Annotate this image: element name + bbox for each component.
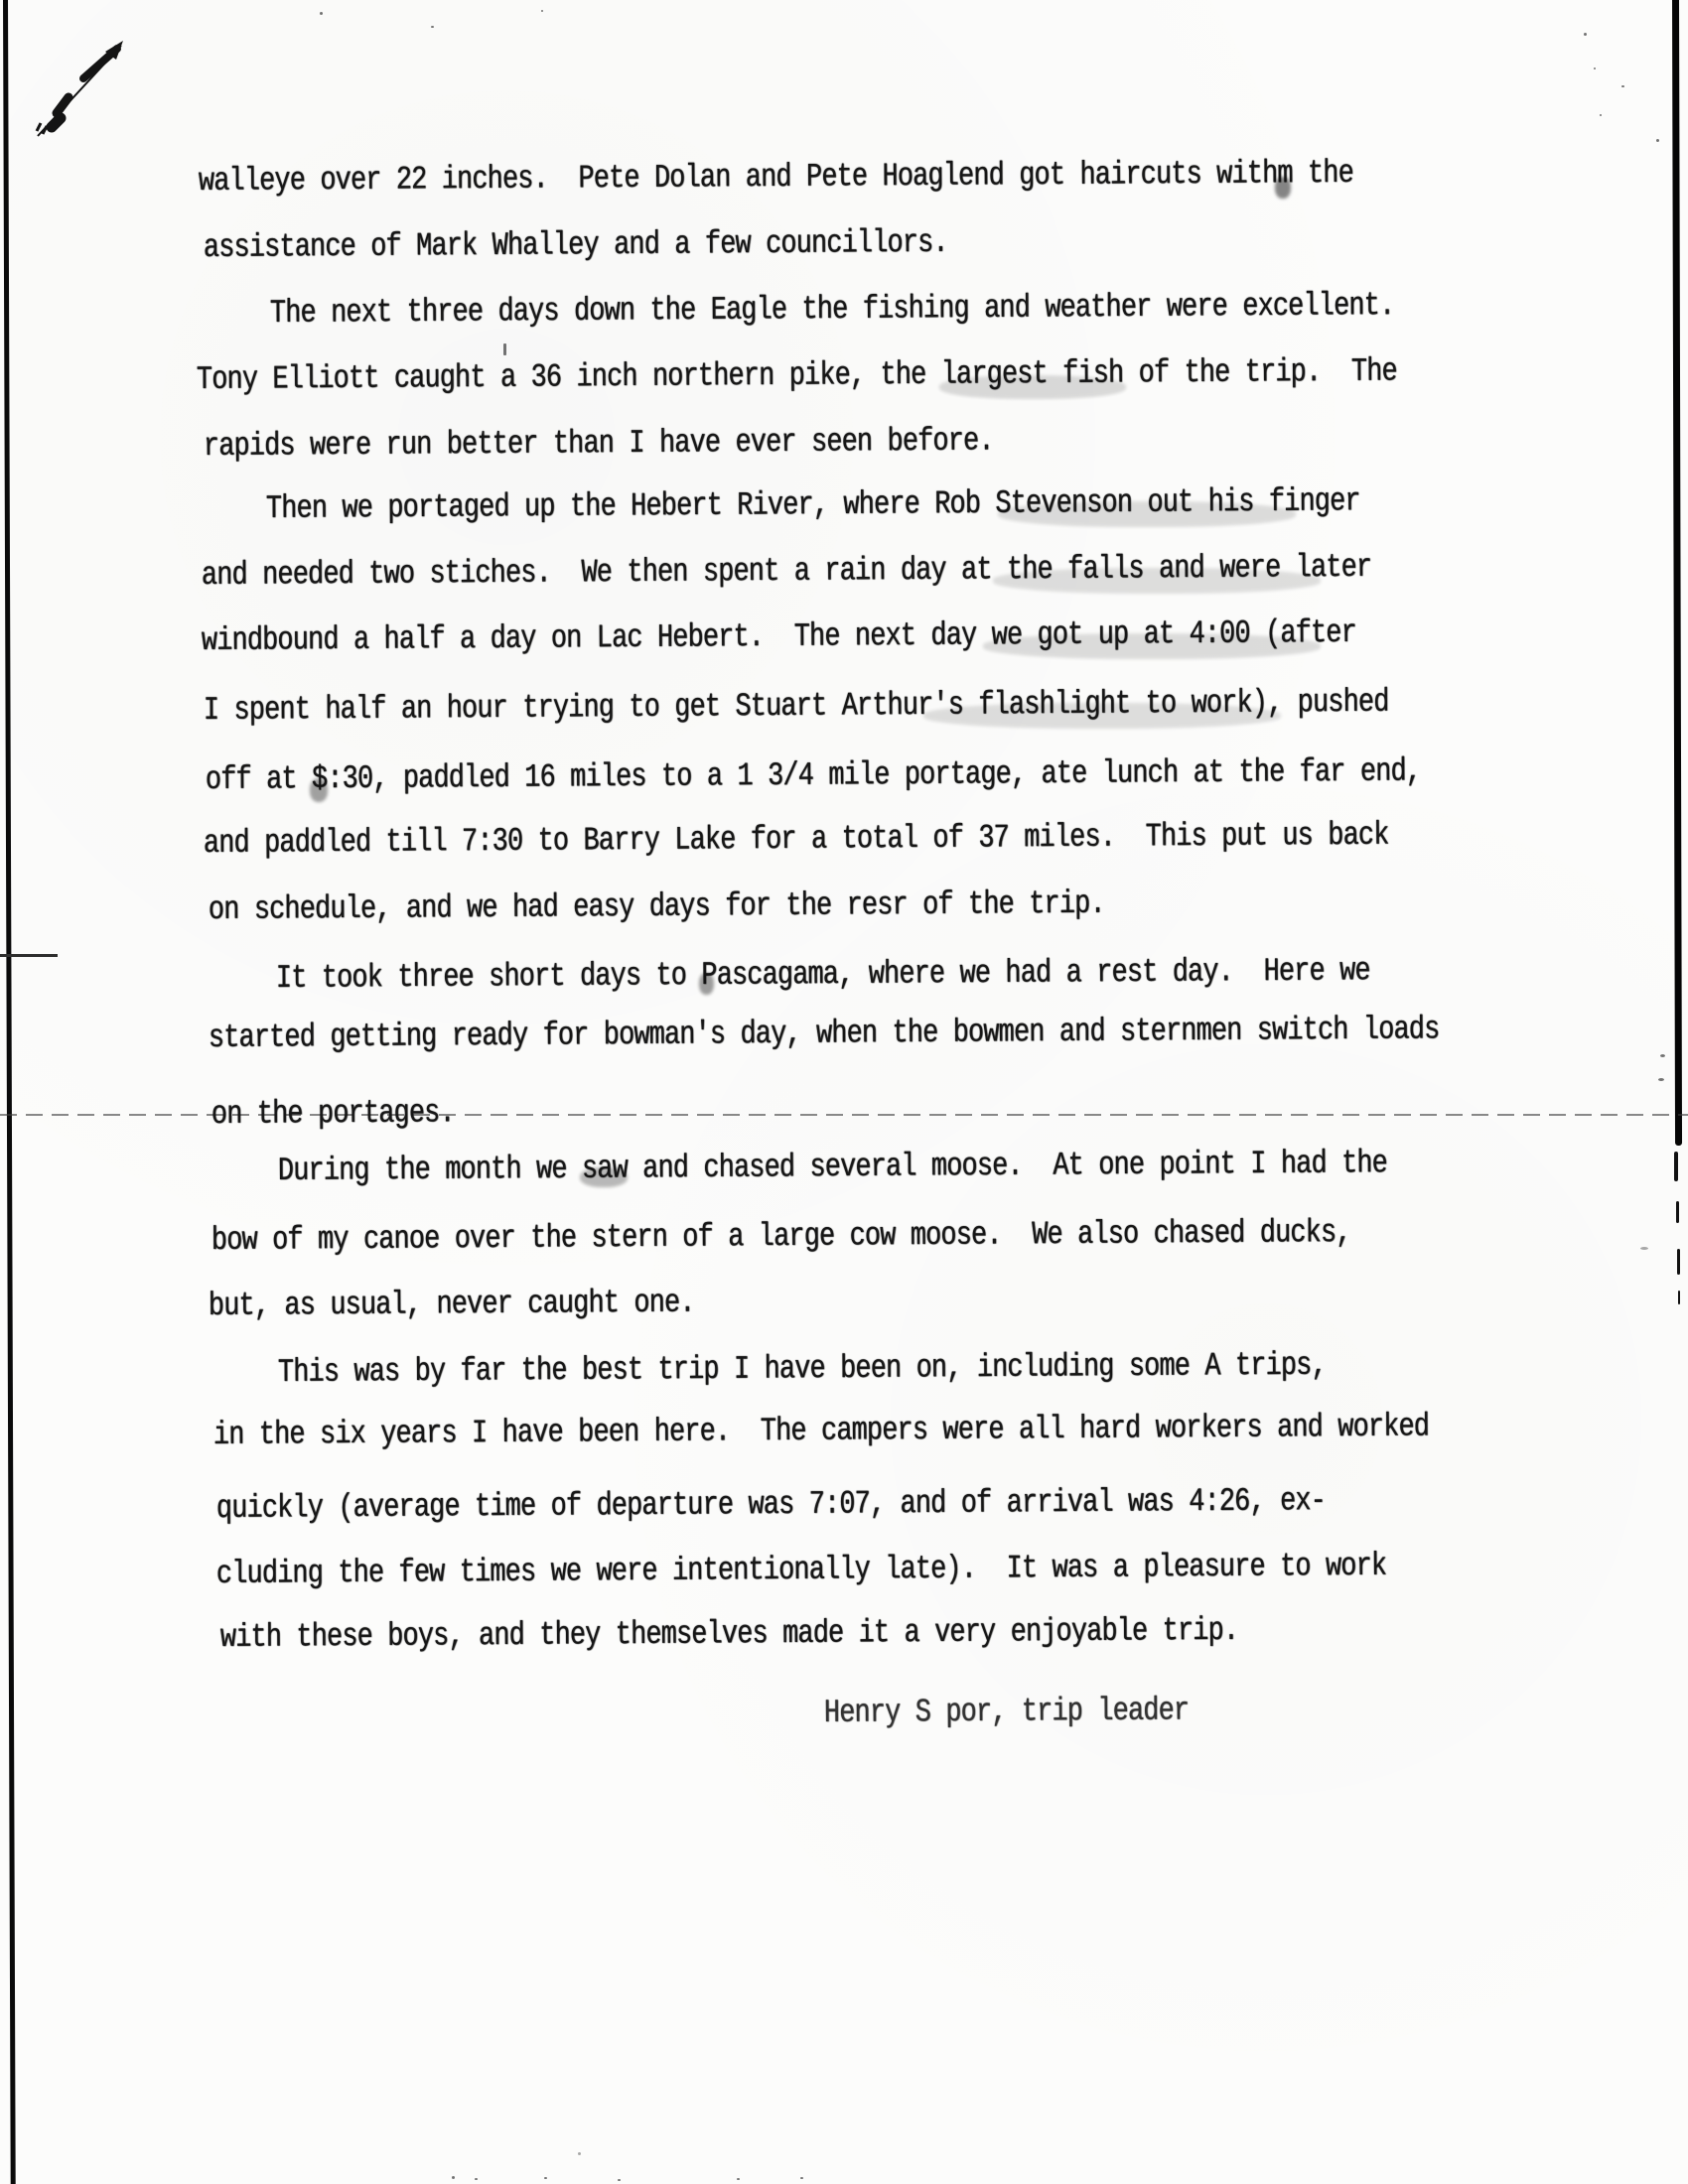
typed-line: Tony Elliott caught a 36 inch northern p…	[197, 354, 1397, 399]
typed-line: off at $:30, paddled 16 miles to a 1 3/4…	[206, 754, 1421, 799]
typed-line: The next three days down the Eagle the f…	[270, 288, 1395, 333]
ink-blot	[580, 1167, 628, 1187]
scan-speck	[544, 2177, 547, 2179]
scan-speck	[1621, 85, 1624, 87]
typed-line: and paddled till 7:30 to Barry Lake for …	[204, 818, 1389, 863]
ink-blot	[1275, 177, 1291, 199]
scan-speck	[737, 2178, 740, 2180]
scan-speck	[1660, 1054, 1665, 1057]
typed-line: on schedule, and we had easy days for th…	[209, 887, 1105, 929]
scan-speck	[578, 2152, 581, 2155]
scan-speck	[1600, 114, 1602, 116]
typed-line: with these boys, and they themselves mad…	[220, 1613, 1239, 1657]
ink-smudge	[998, 501, 1296, 527]
typed-line: This was by far the best trip I have bee…	[278, 1348, 1327, 1392]
scanned-document-page: walleye over 22 inches. Pete Dolan and P…	[0, 0, 1688, 2184]
scan-speck	[541, 10, 543, 12]
scan-speck	[320, 12, 323, 15]
typed-line: in the six years I have been here. The c…	[213, 1410, 1429, 1454]
scan-speck	[431, 26, 434, 28]
typed-line: on the portages.	[211, 1096, 455, 1134]
ink-blot	[699, 973, 714, 995]
ink-smudge	[983, 633, 1321, 659]
signature-line: Henry S por, trip leader	[824, 1694, 1190, 1732]
ink-smudge	[923, 703, 1281, 729]
scan-speck	[503, 343, 506, 355]
typed-line: quickly (average time of departure was 7…	[216, 1484, 1326, 1528]
typewritten-text: walleye over 22 inches. Pete Dolan and P…	[0, 0, 1688, 2184]
typed-line: started getting ready for bowman's day, …	[209, 1013, 1440, 1057]
typed-line: During the month we saw and chased sever…	[278, 1147, 1387, 1190]
scan-speck	[475, 2178, 478, 2180]
scan-speck	[800, 2177, 803, 2179]
scan-speck	[1640, 1247, 1648, 1250]
scan-speck	[1584, 33, 1587, 36]
ink-smudge	[993, 568, 1321, 594]
typed-line: bow of my canoe over the stern of a larg…	[211, 1215, 1351, 1260]
typed-line: rapids were run better than I have ever …	[204, 424, 994, 466]
scan-speck	[1658, 1078, 1664, 1081]
typed-line: assistance of Mark Whalley and a few cou…	[204, 225, 948, 267]
typed-line: It took three short days to Pascagama, w…	[276, 954, 1370, 998]
ink-smudge	[939, 375, 1126, 399]
scan-speck	[618, 2179, 621, 2181]
scan-speck	[1594, 68, 1596, 69]
typed-line: but, as usual, never caught one.	[209, 1286, 695, 1325]
scan-speck	[1656, 139, 1659, 142]
typed-line: cluding the few times we were intentiona…	[216, 1549, 1387, 1593]
scan-speck	[452, 2176, 455, 2179]
ink-blot	[310, 778, 328, 802]
typed-line: walleye over 22 inches. Pete Dolan and P…	[199, 156, 1353, 201]
